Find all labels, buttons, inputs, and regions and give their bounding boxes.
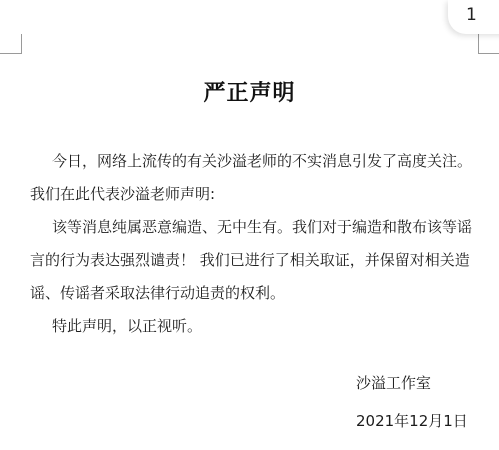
signature-organization: 沙溢工作室: [356, 372, 431, 393]
paragraph-line-3: 该等消息纯属恶意编造、无中生有。我们对于编造和散布该等谣: [52, 216, 472, 237]
paragraph-line-1: 今日，网络上流传的有关沙溢老师的不实消息引发了高度关注。: [52, 150, 472, 171]
paragraph-line-6: 特此声明，以正视听。: [52, 315, 202, 336]
paragraph-line-5: 谣、传谣者采取法律行动追责的权利。: [30, 282, 285, 303]
paragraph-line-4: 言的行为表达强烈谴责！ 我们已进行了相关取证，并保留对相关造: [30, 249, 470, 270]
document-title: 严正声明: [0, 76, 499, 107]
signature-date: 2021年12月1日: [356, 410, 468, 431]
paragraph-line-2: 我们在此代表沙溢老师声明:: [30, 183, 215, 204]
page-number-badge: 1: [448, 0, 499, 34]
page-corner-mark-left: [0, 34, 22, 54]
page-corner-mark-right: [478, 34, 499, 54]
